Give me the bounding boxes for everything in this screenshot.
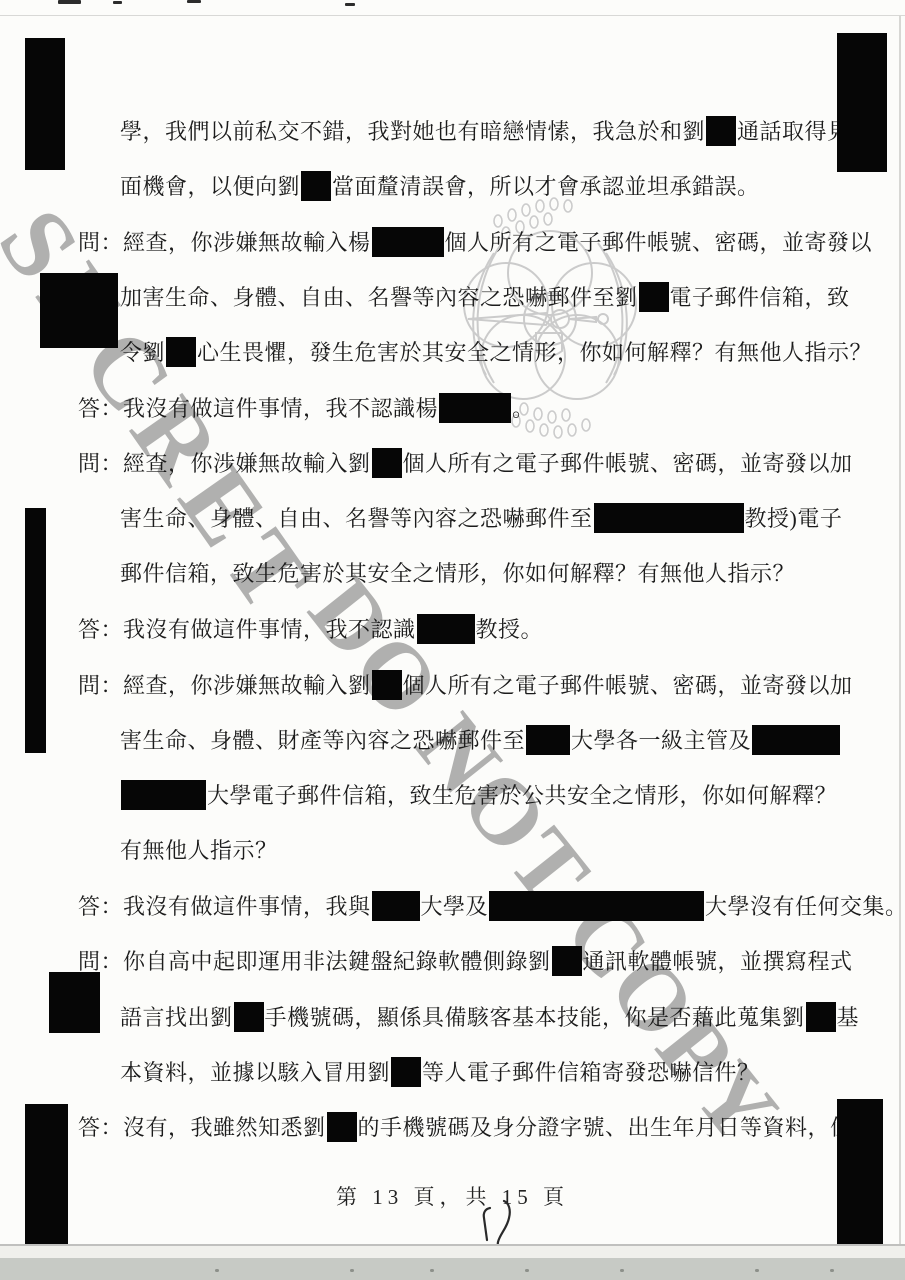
scanned-document-page: SECRETDO NOT COPY 學，我們以前私交不錯，我對她也有暗戀情愫，我… [0, 0, 905, 1280]
redaction-box [25, 1104, 68, 1250]
redaction-layer [0, 0, 905, 1280]
redaction-box [25, 38, 65, 170]
redaction-box [40, 273, 118, 348]
redaction-box [25, 508, 46, 753]
redaction-box [837, 1099, 883, 1250]
redaction-box [837, 33, 887, 172]
redaction-box [49, 972, 100, 1033]
